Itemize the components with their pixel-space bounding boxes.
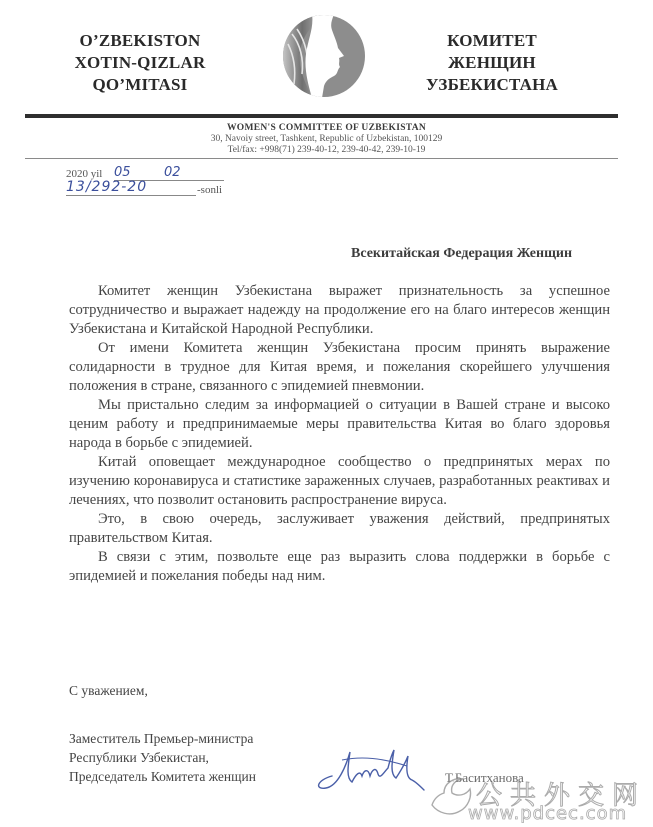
letterhead-right-line: КОМИТЕТ (412, 30, 572, 52)
letterhead-divider-thin (25, 158, 618, 159)
woman-profile-logo-icon (282, 14, 366, 98)
letterhead-russian-name: КОМИТЕТ ЖЕНЩИН УЗБЕКИСТАНА (412, 30, 572, 96)
letterhead-right-line: ЖЕНЩИН (412, 52, 572, 74)
body-paragraph: Комитет женщин Узбекистана выражет призн… (69, 282, 610, 339)
letterhead-right-line: УЗБЕКИСТАНА (412, 74, 572, 96)
reference-number: 13/292-20 (66, 179, 147, 195)
organization-address: 30, Navoiy street, Tashkent, Republic of… (0, 134, 653, 145)
letter-body: Комитет женщин Узбекистана выражет призн… (69, 282, 610, 586)
body-paragraph: Китай оповещает международное сообщество… (69, 453, 610, 510)
signer-title: Заместитель Премьер-министра Республики … (69, 729, 256, 786)
watermark: 公共外交网 www.pdcec.com (428, 773, 653, 827)
signer-title-line: Председатель Комитета женщин (69, 767, 256, 786)
body-paragraph: В связи с этим, позвольте еще раз вырази… (69, 548, 610, 586)
reference-date-month: 02 (164, 165, 181, 180)
body-paragraph: От имени Комитета женщин Узбекистана про… (69, 339, 610, 396)
body-paragraph: Это, в свою очередь, заслуживает уважени… (69, 510, 610, 548)
number-underline (66, 195, 196, 196)
letterhead-left-line: XOTIN-QIZLAR (60, 52, 220, 74)
letterhead-contact-block: WOMEN'S COMMITTEE OF UZBEKISTAN 30, Navo… (0, 123, 653, 156)
letterhead-divider-thick (25, 114, 618, 118)
signer-title-line: Заместитель Премьер-министра (69, 729, 256, 748)
reference-date-day: 05 (114, 165, 131, 180)
reference-number-suffix: -sonli (197, 184, 222, 196)
watermark-url: www.pdcec.com (468, 803, 627, 824)
closing-salutation: С уважением, (69, 683, 148, 699)
signer-title-line: Республики Узбекистан, (69, 748, 256, 767)
handwritten-signature-icon (312, 746, 427, 792)
addressee: Всекитайская Федерация Женщин (351, 246, 572, 262)
letterhead-left-line: O’ZBEKISTON (60, 30, 220, 52)
organization-phone: Tel/fax: +998(71) 239-40-12, 239-40-42, … (0, 145, 653, 156)
letter-page: O’ZBEKISTON XOTIN-QIZLAR QO’MITASI КОМИТ… (0, 0, 653, 827)
letterhead-left-line: QO’MITASI (60, 74, 220, 96)
letterhead-uzbek-name: O’ZBEKISTON XOTIN-QIZLAR QO’MITASI (60, 30, 220, 96)
organization-name: WOMEN'S COMMITTEE OF UZBEKISTAN (0, 123, 653, 134)
body-paragraph: Мы пристально следим за информацией о си… (69, 396, 610, 453)
